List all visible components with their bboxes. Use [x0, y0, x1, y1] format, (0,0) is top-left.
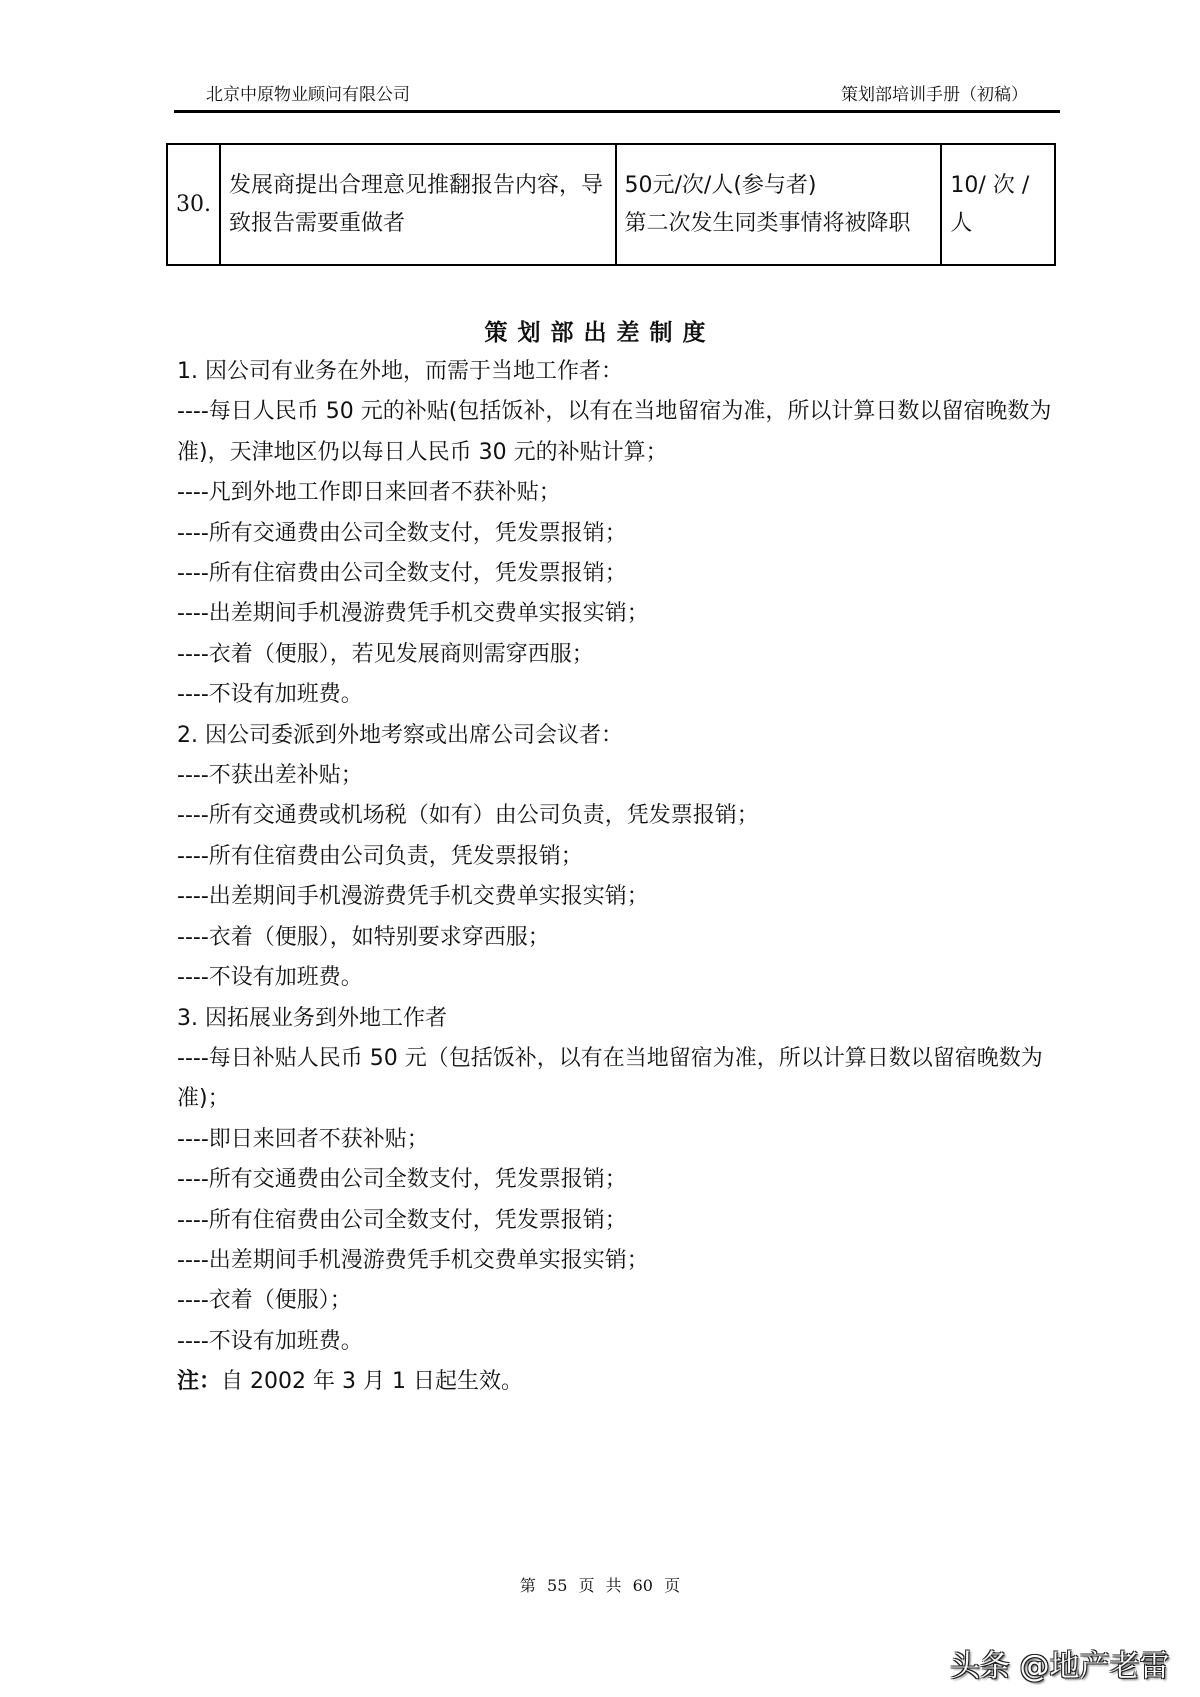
table-row: 30. 发展商提出合理意见推翻报告内容，导致报告需要重做者 50元/次/人(参与…: [167, 144, 1055, 265]
list-item: ----每日人民币 50 元的补贴(包括饭补，以有在当地留宿为准，所以计算日数以…: [177, 392, 1057, 473]
row-number: 30.: [167, 144, 220, 265]
list-item: ----出差期间手机漫游费凭手机交费单实报实销；: [177, 877, 1057, 917]
list-item: ----所有交通费由公司全数支付，凭发票报销；: [177, 1160, 1057, 1200]
list-item: ----不设有加班费。: [177, 958, 1057, 998]
list-item: ----所有住宿费由公司负责，凭发票报销；: [177, 837, 1057, 877]
list-item: ----衣着（便服），如特别要求穿西服；: [177, 918, 1057, 958]
list-item: ----衣着（便服），若见发展商则需穿西服；: [177, 635, 1057, 675]
note-text: 自 2002 年 3 月 1 日起生效。: [221, 1369, 523, 1394]
list-item: ----凡到外地工作即日来回者不获补贴；: [177, 473, 1057, 513]
note-label: 注：: [177, 1369, 221, 1394]
list-item: ----衣着（便服）；: [177, 1281, 1057, 1321]
list-item: ----所有交通费或机场税（如有）由公司负责，凭发票报销；: [177, 796, 1057, 836]
list-item: ----所有住宿费由公司全数支付，凭发票报销；: [177, 554, 1057, 594]
penalty-amount: 50元/次/人(参与者): [625, 167, 933, 205]
list-item: ----出差期间手机漫游费凭手机交费单实报实销；: [177, 594, 1057, 634]
penalty-table: 30. 发展商提出合理意见推翻报告内容，导致报告需要重做者 50元/次/人(参与…: [166, 143, 1056, 266]
list-item: ----即日来回者不获补贴；: [177, 1120, 1057, 1160]
watermark: 头条 @地产老雷: [950, 1641, 1170, 1685]
list-item: ----不获出差补贴；: [177, 756, 1057, 796]
list-item: ----所有交通费由公司全数支付，凭发票报销；: [177, 514, 1057, 554]
page-number: 第 55 页 共 60 页: [0, 1573, 1200, 1596]
row-penalty: 50元/次/人(参与者) 第二次发生同类事情将被降职: [616, 144, 942, 265]
effective-date-note: 注：自 2002 年 3 月 1 日起生效。: [177, 1362, 1057, 1402]
list-item: ----不设有加班费。: [177, 1322, 1057, 1362]
list-item: ----不设有加班费。: [177, 675, 1057, 715]
list-item: ----每日补贴人民币 50 元（包括饭补，以有在当地留宿为准，所以计算日数以留…: [177, 1039, 1057, 1120]
document-title: 策划部培训手册（初稿）: [841, 82, 1028, 108]
row-points: 10/ 次 /人: [941, 144, 1055, 265]
list-item: ----所有住宿费由公司全数支付，凭发票报销；: [177, 1201, 1057, 1241]
item-heading: 1. 因公司有业务在外地，而需于当地工作者：: [177, 352, 1057, 392]
item-heading: 3. 因拓展业务到外地工作者: [177, 999, 1057, 1039]
list-item: ----出差期间手机漫游费凭手机交费单实报实销；: [177, 1241, 1057, 1281]
item-heading: 2. 因公司委派到外地考察或出席公司会议者：: [177, 716, 1057, 756]
penalty-repeat-note: 第二次发生同类事情将被降职: [625, 205, 933, 243]
company-name: 北京中原物业顾问有限公司: [206, 82, 410, 108]
section-title: 策划部出差制度: [0, 314, 1200, 347]
section-body: 1. 因公司有业务在外地，而需于当地工作者： ----每日人民币 50 元的补贴…: [177, 352, 1057, 1403]
page-header: 北京中原物业顾问有限公司 策划部培训手册（初稿）: [174, 82, 1060, 113]
row-description: 发展商提出合理意见推翻报告内容，导致报告需要重做者: [220, 144, 616, 265]
